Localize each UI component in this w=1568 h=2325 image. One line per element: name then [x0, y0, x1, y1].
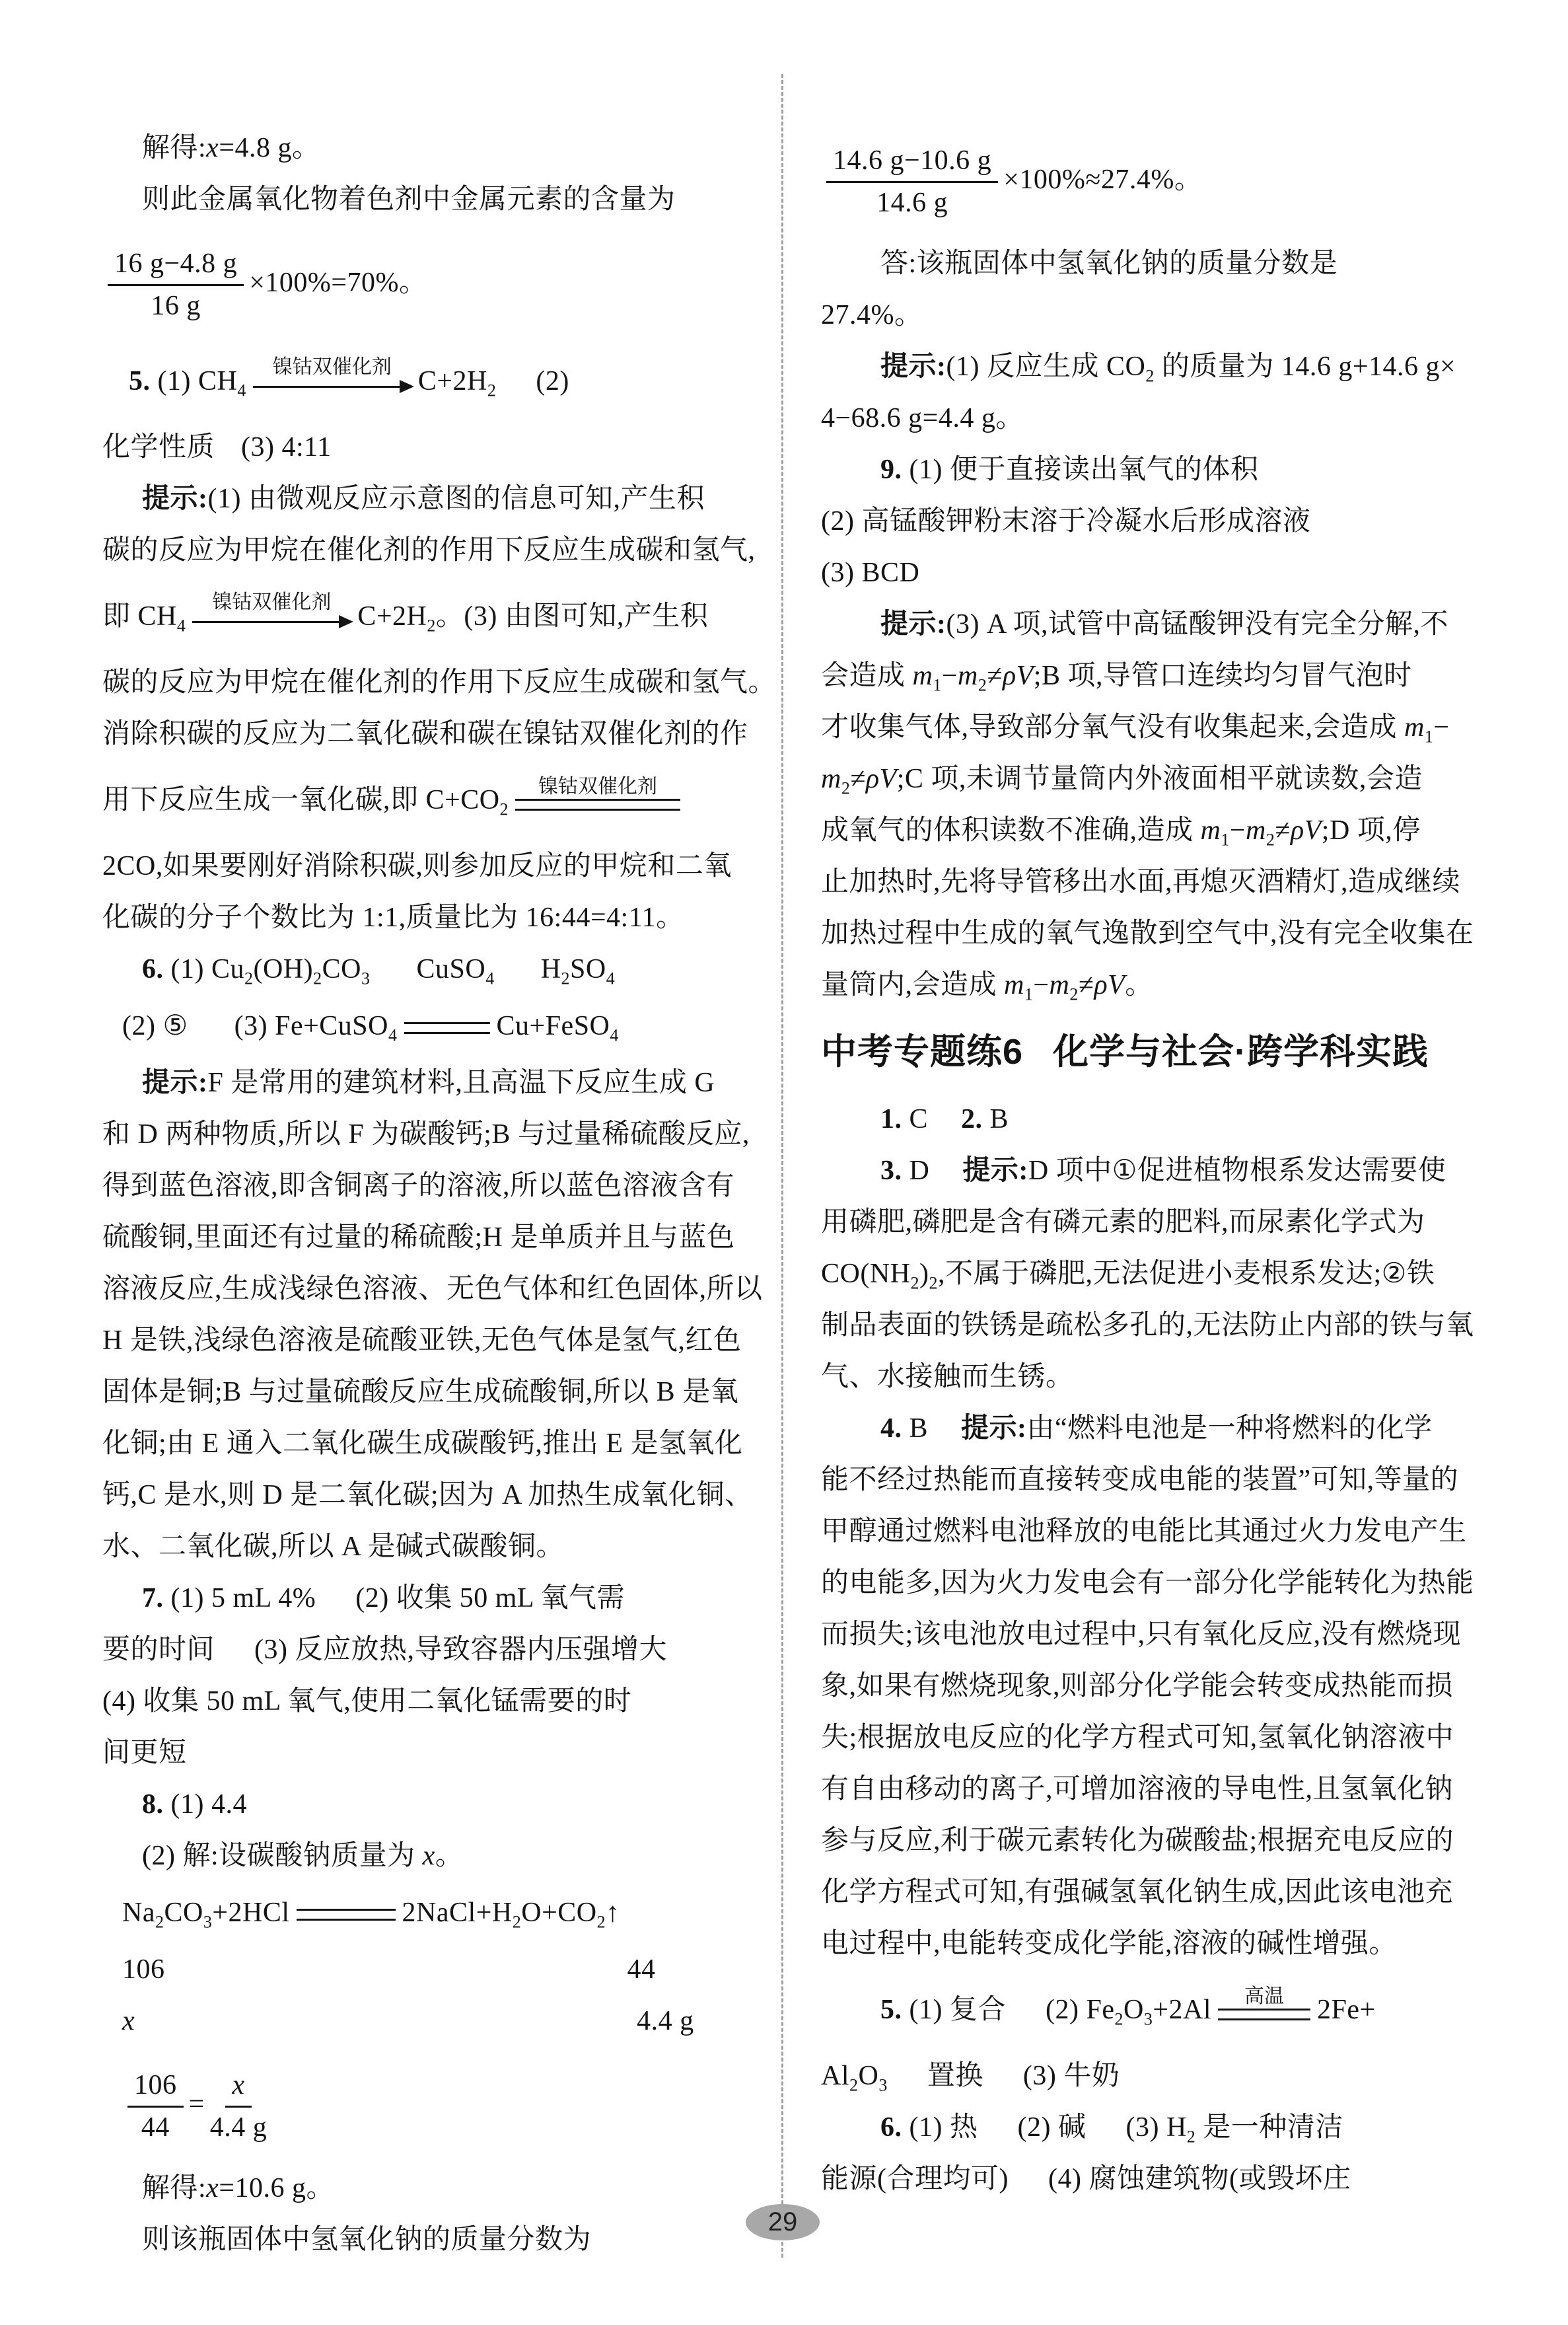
- arrow-head-icon: [400, 380, 414, 393]
- subscript: 2: [500, 799, 509, 819]
- text-run: 4−68.6 g=4.4 g。: [821, 403, 1024, 433]
- page-number: 29: [768, 2207, 798, 2237]
- subscript: 2: [1069, 984, 1079, 1004]
- bold-text-run: 6.: [880, 2112, 902, 2143]
- subscript: 4: [388, 1025, 398, 1045]
- bold-text-run: 提示:: [961, 1413, 1027, 1444]
- text-run: (1) 复合: [902, 1995, 1006, 2025]
- text-run: Cu+FeSO: [497, 1011, 610, 1041]
- answer-item-8: 8. (1) 4.4: [102, 1779, 766, 1830]
- text-run: 是一种清洁: [1195, 2112, 1343, 2143]
- text-run: 中考专题练6: [821, 1032, 1023, 1072]
- text-run: 而损失;该电池放电过程中,只有氧化反应,没有燃烧现: [821, 1619, 1461, 1650]
- hint-line: 碳的反应为甲烷在催化剂的作用下反应生成碳和氢气。: [102, 657, 766, 708]
- text-run: 2NaCl+H: [402, 1898, 513, 1928]
- text-run: 水、二氧化碳,所以 A 是碱式碳酸铜。: [102, 1532, 564, 1562]
- text-run: −: [1230, 815, 1246, 846]
- subscript: 2: [597, 1912, 606, 1931]
- answer-item-5: 化学性质(3) 4:11: [102, 422, 766, 473]
- answer-item-4: 4. B提示:由“燃料电池是一种将燃料的化学: [821, 1403, 1491, 1454]
- text-run: 答:该瓶固体中氢氧化钠的质量分数是: [880, 248, 1337, 279]
- hint-line: 固体是铜;B 与过量硫酸反应生成硫酸铜,所以 B 是氧: [102, 1366, 766, 1418]
- fraction-numerator: x: [225, 2068, 251, 2108]
- hint-line: 气、水接触而生锈。: [821, 1351, 1491, 1403]
- answer-item-9: (2) 高锰酸钾粉末溶于冷凝水后形成溶液: [821, 496, 1491, 547]
- bold-text-run: 提示:: [880, 609, 946, 640]
- variable-text-run: x: [122, 2006, 135, 2036]
- hint-line: H 是铁,浅绿色溶液是硫酸亚铁,无色气体是氢气,红色: [102, 1315, 766, 1366]
- text-run: 2Fe+: [1317, 1995, 1376, 2025]
- arrow-shaft: [192, 621, 351, 623]
- text-run: ,不属于磷肥,无法促进小麦根系发达;②铁: [938, 1259, 1435, 1289]
- page-number-badge: 29: [746, 2204, 820, 2240]
- fraction-numerator: 14.6 g−10.6 g: [826, 143, 998, 183]
- hint-line: 提示:(1) 由微观反应示意图的信息可知,产生积: [102, 473, 766, 525]
- text-run: (OH): [254, 954, 314, 984]
- bold-text-run: 8.: [142, 1789, 164, 1820]
- bold-text-run: 9.: [880, 455, 902, 485]
- hint-line: 止加热时,先将导管移出水面,再熄灭酒精灯,造成继续: [821, 856, 1491, 908]
- text-run: B: [983, 1104, 1009, 1134]
- text-run: ×100%=70%。: [249, 268, 427, 298]
- text-run: (2) 高锰酸钾粉末溶于冷凝水后形成溶液: [821, 506, 1310, 536]
- text-run: (1) 由微观反应示意图的信息可知,产生积: [208, 484, 705, 514]
- subscript: 4: [237, 381, 246, 400]
- subscript: 2: [427, 616, 436, 635]
- hint-line: 水、二氧化碳,所以 A 是碱式碳酸铜。: [102, 1521, 766, 1572]
- text-run: CO(NH: [821, 1259, 911, 1289]
- text-run: 象,如果有燃烧现象,则部分化学能会转变成热能而损: [821, 1671, 1453, 1701]
- hint-line: 和 D 两种物质,所以 F 为碳酸钙;B 与过量稀硫酸反应,: [102, 1109, 766, 1160]
- arrow-head-icon: [339, 615, 353, 628]
- text-run: 。: [435, 1841, 464, 1871]
- reaction-condition-label: 镍钴双催化剂: [273, 355, 392, 379]
- hint-line: 量筒内,会造成 m1−m2≠ρV。: [821, 959, 1491, 1011]
- bold-text-run: 提示:: [962, 1156, 1028, 1186]
- hint-line: 消除积碳的反应为二氧化碳和碳在镍钴双催化剂的作: [102, 708, 766, 760]
- subscript: 2: [487, 381, 497, 400]
- text-run: 甲醇通过燃料电池释放的电能比其通过火力发电产生: [821, 1516, 1467, 1547]
- text-run: 加热过程中生成的氧气逸散到空气中,没有完全收集在: [821, 918, 1474, 949]
- fraction: 16 g−4.8 g16 g: [108, 246, 244, 323]
- text-run: 14.6 g: [876, 188, 948, 218]
- solution-line: 解得:x=10.6 g。: [102, 2162, 766, 2214]
- hint-line: 2CO,如果要刚好消除积碳,则参加反应的甲烷和二氧: [102, 840, 766, 892]
- text-run: +2Al: [1153, 1995, 1211, 2025]
- fraction: x4.4 g: [210, 2068, 267, 2145]
- text-run: 。(3) 由图可知,产生积: [436, 601, 708, 632]
- fraction-denominator: 16 g: [151, 286, 201, 324]
- spacer: [1086, 2135, 1125, 2136]
- variable-text-run: x: [206, 2173, 219, 2203]
- text-run: (1) 反应生成 CO: [946, 351, 1146, 382]
- solution-line: 27.4%。: [821, 289, 1491, 341]
- text-run: (3) A 项,试管中高锰酸钾没有完全分解,不: [946, 609, 1449, 640]
- subscript: 2: [1114, 2009, 1123, 2028]
- text-run: H 是铁,浅绿色溶液是硫酸亚铁,无色气体是氢气,红色: [102, 1325, 741, 1356]
- text-run: 。: [1125, 970, 1153, 1000]
- spacer: [165, 1977, 627, 1978]
- text-run: 碳的反应为甲烷在催化剂的作用下反应生成碳和氢气。: [102, 667, 776, 698]
- text-run: (3) H: [1125, 2112, 1186, 2143]
- answer-item-5b: 5. (1) 复合(2) Fe2O3+2Al高温2Fe+: [821, 1970, 1491, 2050]
- subscript: 4: [606, 969, 616, 988]
- spacer: [928, 1127, 961, 1128]
- text-run: 溶液反应,生成浅绿色溶液、无色气体和红色固体,所以: [102, 1274, 763, 1304]
- variable-text-run: ρV: [1094, 970, 1125, 1000]
- fraction-numerator: 106: [127, 2068, 184, 2108]
- text-run: C: [902, 1104, 929, 1134]
- answer-item-6b: 能源(合理均可)(4) 腐蚀建筑物(或毁坏庄: [821, 2153, 1491, 2205]
- text-run: 参与反应,利于碳元素转化为碳酸盐;根据充电反应的: [821, 1826, 1454, 1856]
- variable-text-run: m: [913, 661, 933, 691]
- text-run: 钙,C 是水,则 D 是二氧化碳;因为 A 加热生成氧化铜、: [102, 1480, 753, 1510]
- spacer: [316, 1606, 355, 1607]
- text-run: 制品表面的铁锈是疏松多孔的,无法防止内部的铁与氧: [821, 1310, 1474, 1341]
- subscript: 2: [313, 969, 322, 988]
- section-heading: 中考专题练6化学与社会·跨学科实践: [821, 1011, 1491, 1093]
- calc-fraction-line: 14.6 g−10.6 g14.6 g×100%≈27.4%。: [821, 122, 1491, 238]
- text-run: CuSO: [417, 954, 486, 984]
- hint-line: 失;根据放电反应的化学方程式可知,氢氧化钠溶液中: [821, 1712, 1491, 1763]
- hint-line: 会造成 m1−m2≠ρV;B 项,导管口连续均匀冒气泡时: [821, 650, 1491, 702]
- variable-text-run: m: [1404, 712, 1425, 743]
- text-run: (3) BCD: [821, 558, 919, 588]
- text-run: 成氧气的体积读数不准确,造成: [821, 815, 1201, 846]
- text-run: 27.4%。: [821, 300, 923, 330]
- subscript: 2: [244, 969, 254, 988]
- spacer: [1023, 1063, 1053, 1064]
- answer-item-6: (2) ⑤(3) Fe+CuSO4Cu+FeSO4: [102, 995, 766, 1057]
- hint-line: 甲醇通过燃料电池释放的电能比其通过火力发电产生: [821, 1506, 1491, 1557]
- subscript: 1: [933, 675, 942, 694]
- hint-line: 加热过程中生成的氧气逸散到空气中,没有完全收集在: [821, 908, 1491, 959]
- text-run: 失;根据放电反应的化学方程式可知,氢氧化钠溶液中: [821, 1722, 1454, 1753]
- fraction-numerator: 16 g−4.8 g: [108, 246, 244, 286]
- text-run: 能源(合理均可): [821, 2164, 1009, 2194]
- fraction-denominator: 44: [141, 2108, 170, 2145]
- hint-line: 钙,C 是水,则 D 是二氧化碳;因为 A 加热生成氧化铜、: [102, 1469, 766, 1521]
- hint-equation-line: 即 CH4镍钴双催化剂C+2H2。(3) 由图可知,产生积: [102, 576, 766, 657]
- answer-item-9: 9. (1) 便于直接读出氧气的体积: [821, 444, 1491, 496]
- spacer: [495, 977, 541, 978]
- double-bar: [404, 1022, 490, 1034]
- subscript: 2: [978, 675, 987, 694]
- variable-text-run: m: [958, 661, 978, 691]
- text-run: 止加热时,先将导管移出水面,再熄灭酒精灯,造成继续: [821, 867, 1460, 897]
- bold-text-run: 3.: [880, 1156, 902, 1186]
- double-equals-sign: [297, 1909, 396, 1921]
- answer-item-7: 要的时间(3) 反应放热,导致容器内压强增大: [102, 1624, 766, 1676]
- bold-text-run: 6.: [142, 954, 164, 984]
- text-run: (4) 收集 50 mL 氧气,使用二氧化锰需要的时: [102, 1686, 631, 1716]
- text-run: Na: [122, 1898, 155, 1928]
- text-run: (3) 4:11: [241, 432, 332, 462]
- subscript: 2: [911, 1273, 920, 1292]
- hint-line: 而损失;该电池放电过程中,只有氧化反应,没有燃烧现: [821, 1609, 1491, 1660]
- double-equals-sign: 镍钴双催化剂: [515, 775, 680, 811]
- text-run: 16 g: [151, 291, 201, 321]
- hint-line: 4−68.6 g=4.4 g。: [821, 392, 1491, 444]
- text-run: −: [1433, 712, 1449, 743]
- hint-line: 碳的反应为甲烷在催化剂的作用下反应生成碳和氢气,: [102, 525, 766, 576]
- text-run: −: [1033, 970, 1049, 1000]
- text-run: 44: [627, 1954, 656, 1985]
- text-run: F 是常用的建筑材料,且高温下反应生成 G: [208, 1068, 715, 1098]
- text-run: (2) 解:设碳酸钠质量为: [142, 1841, 423, 1871]
- text-run: 106: [134, 2070, 177, 2100]
- hint-line: 才收集气体,导致部分氧气没有收集起来,会造成 m1−: [821, 702, 1491, 753]
- spacer: [371, 977, 417, 978]
- text-run: (1) 热: [902, 2112, 978, 2143]
- subscript: 2: [929, 1273, 939, 1292]
- answer-item-6: 6. (1) Cu2(OH)2CO3CuSO4H2SO4: [102, 943, 766, 995]
- text-run: (4) 腐蚀建筑物(或毁坏庄: [1048, 2164, 1351, 2194]
- double-bar: [1218, 2009, 1310, 2020]
- hint-line: 制品表面的铁锈是疏松多孔的,无法防止内部的铁与氧: [821, 1300, 1491, 1351]
- text-run: (1) 5 mL 4%: [164, 1583, 316, 1613]
- column-divider: [781, 74, 783, 2258]
- bold-text-run: 1.: [880, 1104, 902, 1134]
- solution-line: 则此金属氧化物着色剂中金属元素的含量为: [102, 174, 766, 225]
- subscript: 2: [513, 1912, 522, 1931]
- answer-item-5b: Al2O3置换(3) 牛奶: [821, 2050, 1491, 2102]
- subscript: 2: [1266, 830, 1275, 849]
- calc-fraction-line: 16 g−4.8 g16 g×100%=70%。: [102, 225, 766, 341]
- hint-line: 能不经过热能而直接转变成电能的装置”可知,等量的: [821, 1454, 1491, 1506]
- subscript: 1: [1425, 727, 1434, 746]
- text-run: 要的时间: [102, 1635, 215, 1665]
- hint-line: 成氧气的体积读数不准确,造成 m1−m2≠ρV;D 项,停: [821, 805, 1491, 856]
- spacer: [928, 1436, 961, 1437]
- reaction-arrow: 镍钴双催化剂: [253, 355, 411, 393]
- text-run: (1) 4.4: [164, 1789, 247, 1820]
- variable-text-run: ρV: [1291, 815, 1322, 846]
- text-run: 电过程中,电能转变成化学能,溶液的碱性增强。: [821, 1929, 1397, 1959]
- subscript: 2: [1187, 2127, 1196, 2146]
- subscript: 3: [361, 969, 371, 988]
- text-run: (3) Fe+CuSO: [234, 1011, 388, 1041]
- text-run: +2HCl: [212, 1898, 289, 1928]
- text-run: 4.4 g: [210, 2112, 267, 2143]
- text-run: 的质量为 14.6 g+14.6 g×: [1155, 351, 1456, 382]
- arrow-shaft: [253, 386, 411, 388]
- double-equals-sign: [404, 1022, 490, 1034]
- unknown-mass-line: x4.4 g: [102, 1995, 766, 2047]
- textbook-page: 解得:x=4.8 g。则此金属氧化物着色剂中金属元素的含量为16 g−4.8 g…: [0, 0, 1568, 2325]
- text-run: 置换: [927, 2061, 983, 2091]
- text-run: (2) 碱: [1017, 2112, 1086, 2143]
- spacer: [983, 2084, 1023, 2085]
- double-equals-sign: 高温: [1218, 1985, 1310, 2020]
- answer-item-5: 5. (1) CH4镍钴双催化剂C+2H2(2): [102, 341, 766, 422]
- hint-line: 象,如果有燃烧现象,则部分化学能会转变成热能而损: [821, 1660, 1491, 1712]
- subscript: 4: [610, 1025, 619, 1045]
- text-run: H: [541, 954, 561, 984]
- text-run: D 项中①促进植物根系发达需要使: [1028, 1156, 1446, 1186]
- bold-text-run: 7.: [142, 1583, 164, 1613]
- text-run: (2) ⑤: [122, 1011, 188, 1041]
- text-run: 才收集气体,导致部分氧气没有收集起来,会造成: [821, 712, 1404, 743]
- fraction: 10644: [127, 2068, 184, 2145]
- text-run: (1) Cu: [164, 954, 245, 984]
- text-run: ≠: [1275, 815, 1291, 846]
- spacer: [215, 1658, 254, 1658]
- spacer: [1006, 2018, 1046, 2018]
- text-run: B: [902, 1413, 929, 1444]
- hint-line: m2≠ρV;C 项,未调节量筒内外液面相平就读数,会造: [821, 753, 1491, 805]
- text-run: (3) 牛奶: [1023, 2061, 1120, 2091]
- text-run: −: [942, 661, 958, 691]
- text-run: ×100%≈27.4%。: [1003, 165, 1202, 195]
- text-run: O+CO: [521, 1898, 596, 1928]
- text-run: 14.6 g−10.6 g: [833, 145, 991, 176]
- text-run: 化学性质: [102, 432, 215, 462]
- text-run: =10.6 g。: [219, 2173, 334, 2203]
- fraction-denominator: 4.4 g: [210, 2108, 267, 2145]
- hint-line: 的电能多,因为火力发电会有一部分化学能转化为热能: [821, 1557, 1491, 1609]
- text-run: 和 D 两种物质,所以 F 为碳酸钙;B 与过量稀硫酸反应,: [102, 1119, 750, 1150]
- variable-text-run: m: [1050, 970, 1070, 1000]
- subscript: 3: [878, 2075, 888, 2094]
- bold-text-run: 提示:: [142, 484, 208, 514]
- variable-text-run: ρV: [1003, 661, 1034, 691]
- text-run: 化学方程式可知,有强碱氢氧化钠生成,因此该电池充: [821, 1877, 1453, 1907]
- spacer: [135, 2029, 637, 2030]
- text-run: 化学与社会·跨学科实践: [1053, 1032, 1429, 1072]
- text-run: 消除积碳的反应为二氧化碳和碳在镍钴双催化剂的作: [102, 719, 748, 749]
- text-run: O: [1123, 1995, 1144, 2025]
- hint-line: 溶液反应,生成浅绿色溶液、无色气体和红色固体,所以: [102, 1263, 766, 1315]
- variable-text-run: m: [821, 764, 841, 794]
- text-run: =: [189, 2089, 205, 2120]
- text-run: ≠: [1079, 970, 1094, 1000]
- spacer: [978, 2135, 1017, 2136]
- hint-line: 有自由移动的离子,可增加溶液的导电性,且氢氧化钠: [821, 1763, 1491, 1815]
- hint-line: 提示:(1) 反应生成 CO2 的质量为 14.6 g+14.6 g×: [821, 341, 1491, 392]
- text-run: 间更短: [102, 1738, 187, 1768]
- text-run: ;C 项,未调节量筒内外液面相平就读数,会造: [897, 764, 1423, 794]
- text-run: SO: [570, 954, 606, 984]
- text-run: 44: [141, 2112, 170, 2143]
- subscript: 2: [849, 2075, 859, 2094]
- subscript: 4: [485, 969, 495, 988]
- molar-mass-line: 10644: [102, 1944, 766, 1995]
- text-run: ≠: [987, 661, 1003, 691]
- text-run: 用下反应生成一氧化碳,即 C+CO: [102, 785, 500, 815]
- text-run: 化铜;由 E 通入二氧化碳生成碳酸钙,推出 E 是氢氧化: [102, 1428, 742, 1459]
- double-bar: [297, 1909, 396, 1921]
- text-run: (1) 便于直接读出氧气的体积: [902, 455, 1259, 485]
- right-column: 14.6 g−10.6 g14.6 g×100%≈27.4%。答:该瓶固体中氢氧…: [821, 122, 1491, 2205]
- text-run: 106: [122, 1954, 165, 1985]
- text-run: 解得:: [142, 133, 206, 163]
- text-run: 则该瓶固体中氢氧化钠的质量分数为: [142, 2225, 591, 2255]
- hint-line: 提示:F 是常用的建筑材料,且高温下反应生成 G: [102, 1057, 766, 1109]
- solution-line: 答:该瓶固体中氢氧化钠的质量分数是: [821, 238, 1491, 289]
- subscript: 2: [561, 969, 571, 988]
- variable-text-run: m: [1004, 970, 1024, 1000]
- text-run: 16 g−4.8 g: [114, 248, 237, 279]
- text-run: O: [859, 2061, 879, 2091]
- text-run: D: [902, 1156, 930, 1186]
- text-run: (2): [536, 366, 569, 396]
- text-run: CO: [164, 1898, 203, 1928]
- reaction-arrow: 镍钴双催化剂: [192, 591, 351, 628]
- spacer: [888, 2084, 927, 2085]
- answer-items-1-2: 1. C2. B: [821, 1093, 1491, 1145]
- text-run: 会造成: [821, 661, 913, 691]
- text-run: Al: [821, 2061, 849, 2091]
- solution-line: 则该瓶固体中氢氧化钠的质量分数为: [102, 2214, 766, 2266]
- hint-line: 得到蓝色溶液,即含铜离子的溶液,所以蓝色溶液含有: [102, 1160, 766, 1212]
- subscript: 2: [155, 1912, 164, 1931]
- solution-line: (2) 解:设碳酸钠质量为 x。: [102, 1830, 766, 1882]
- double-bar: [515, 799, 680, 811]
- reaction-condition-label: 镍钴双催化剂: [538, 775, 657, 799]
- text-run: ↑: [606, 1898, 620, 1928]
- variable-text-run: m: [1246, 815, 1266, 846]
- spacer: [496, 389, 536, 390]
- subscript: 2: [1145, 366, 1155, 385]
- text-run: (1) CH: [151, 366, 238, 396]
- answer-item-3: 3. D提示:D 项中①促进植物根系发达需要使: [821, 1145, 1491, 1197]
- bold-text-run: 2.: [961, 1104, 983, 1134]
- subscript: 3: [203, 1912, 213, 1931]
- hint-line: 电过程中,电能转变成化学能,溶液的碱性增强。: [821, 1918, 1491, 1970]
- text-run: 的电能多,因为火力发电会有一部分化学能转化为热能: [821, 1568, 1474, 1598]
- text-run: ;B 项,导管口连续均匀冒气泡时: [1034, 661, 1412, 691]
- text-run: 得到蓝色溶液,即含铜离子的溶液,所以蓝色溶液含有: [102, 1171, 734, 1201]
- text-run: 由“燃料电池是一种将燃料的化学: [1027, 1413, 1433, 1444]
- subscript: 1: [1024, 984, 1034, 1004]
- variable-text-run: x: [232, 2070, 244, 2100]
- text-run: 量筒内,会造成: [821, 970, 1004, 1000]
- text-run: ;D 项,停: [1322, 815, 1421, 846]
- text-run: 2CO,如果要刚好消除积碳,则参加反应的甲烷和二氧: [102, 851, 732, 881]
- hint-line: 硫酸铜,里面还有过量的稀硫酸;H 是单质并且与蓝色: [102, 1212, 766, 1263]
- text-run: (3) 反应放热,导致容器内压强增大: [254, 1635, 667, 1665]
- text-run: 能不经过热能而直接转变成电能的装置”可知,等量的: [821, 1465, 1458, 1495]
- bold-text-run: 4.: [880, 1413, 902, 1444]
- fraction: 14.6 g−10.6 g14.6 g: [826, 143, 998, 220]
- variable-text-run: x: [206, 133, 219, 163]
- subscript: 1: [1221, 830, 1230, 849]
- bold-text-run: 提示:: [142, 1068, 208, 1098]
- subscript: 4: [177, 616, 186, 635]
- hint-line: 参与反应,利于碳元素转化为碳酸盐;根据充电反应的: [821, 1815, 1491, 1866]
- text-run: 有自由移动的离子,可增加溶液的导电性,且氢氧化钠: [821, 1774, 1453, 1804]
- hint-equation-line: 用下反应生成一氧化碳,即 C+CO2镍钴双催化剂: [102, 760, 766, 840]
- bold-text-run: 5.: [129, 366, 151, 396]
- text-run: 硫酸铜,里面还有过量的稀硫酸;H 是单质并且与蓝色: [102, 1222, 735, 1253]
- spacer: [188, 1034, 234, 1035]
- hint-line: CO(NH2)2,不属于磷肥,无法促进小麦根系发达;②铁: [821, 1248, 1491, 1300]
- text-run: 4.4 g: [637, 2006, 694, 2036]
- text-run: =4.8 g。: [219, 133, 320, 163]
- spacer: [929, 1179, 962, 1179]
- text-run: (2) 收集 50 mL 氧气需: [355, 1583, 625, 1613]
- reaction-condition-label: 高温: [1244, 1985, 1284, 2009]
- text-run: 则此金属氧化物着色剂中金属元素的含量为: [142, 184, 676, 215]
- fraction-denominator: 14.6 g: [876, 183, 948, 221]
- text-run: C+2H: [418, 366, 487, 396]
- text-run: ): [919, 1259, 929, 1289]
- proportion-line: 10644=x4.4 g: [102, 2047, 766, 2162]
- hint-line: 化学方程式可知,有强碱氢氧化钠生成,因此该电池充: [821, 1866, 1491, 1918]
- text-run: CO: [322, 954, 361, 984]
- answer-item-9: (3) BCD: [821, 547, 1491, 599]
